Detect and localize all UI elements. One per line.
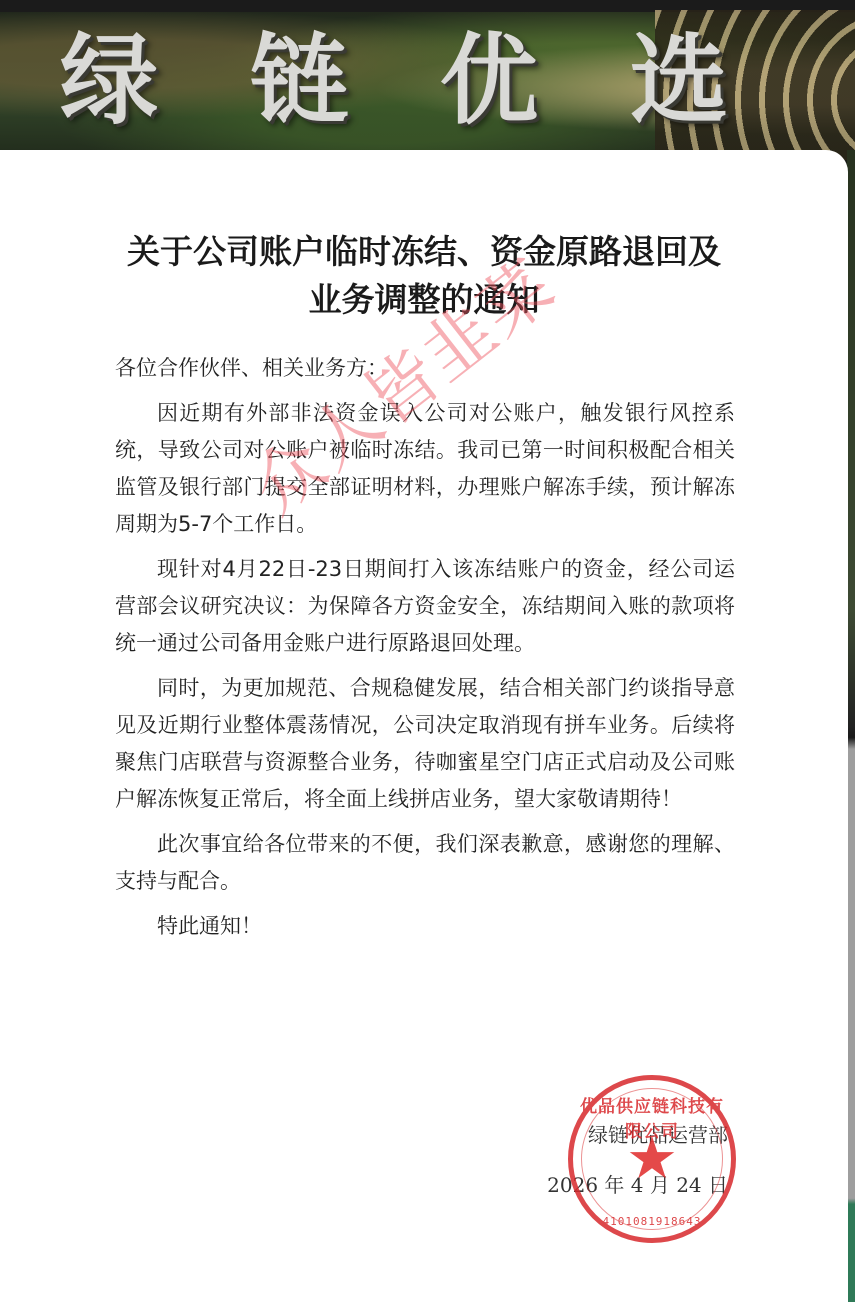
header-banner: 绿链优选 xyxy=(0,0,855,160)
salutation: 各位合作伙伴、相关业务方： xyxy=(115,350,735,387)
paragraph-account-frozen: 因近期有外部非法资金误入公司对公账户，触发银行风控系统，导致公司对公账户被临时冻… xyxy=(115,395,735,543)
background-edge-strip xyxy=(847,150,855,1302)
closing-line: 特此通知！ xyxy=(115,908,735,945)
paragraph-refund: 现针对4月22日-23日期间打入该冻结账户的资金，经公司运营部会议研究决议：为保… xyxy=(115,551,735,662)
notice-title-line-2: 业务调整的通知 xyxy=(0,276,848,324)
notice-body: 各位合作伙伴、相关业务方： 因近期有外部非法资金误入公司对公账户，触发银行风控系… xyxy=(115,350,735,945)
notice-title-line-1: 关于公司账户临时冻结、资金原路退回及 xyxy=(0,228,848,276)
brand-title: 绿链优选 xyxy=(60,22,820,140)
notice-title: 关于公司账户临时冻结、资金原路退回及 业务调整的通知 xyxy=(0,228,848,324)
stamp-code: 4101081918643 xyxy=(573,1215,731,1228)
star-icon: ★ xyxy=(573,1128,731,1188)
paragraph-apology: 此次事宜给各位带来的不便，我们深表歉意，感谢您的理解、支持与配合。 xyxy=(115,826,735,900)
paragraph-business-adjustment: 同时，为更加规范、合规稳健发展，结合相关部门约谈指导意见及近期行业整体震荡情况，… xyxy=(115,670,735,818)
notice-card: 关于公司账户临时冻结、资金原路退回及 业务调整的通知 各位合作伙伴、相关业务方：… xyxy=(0,150,848,1302)
company-seal-stamp: 优品供应链科技有限公司 ★ 4101081918643 xyxy=(568,1075,736,1243)
